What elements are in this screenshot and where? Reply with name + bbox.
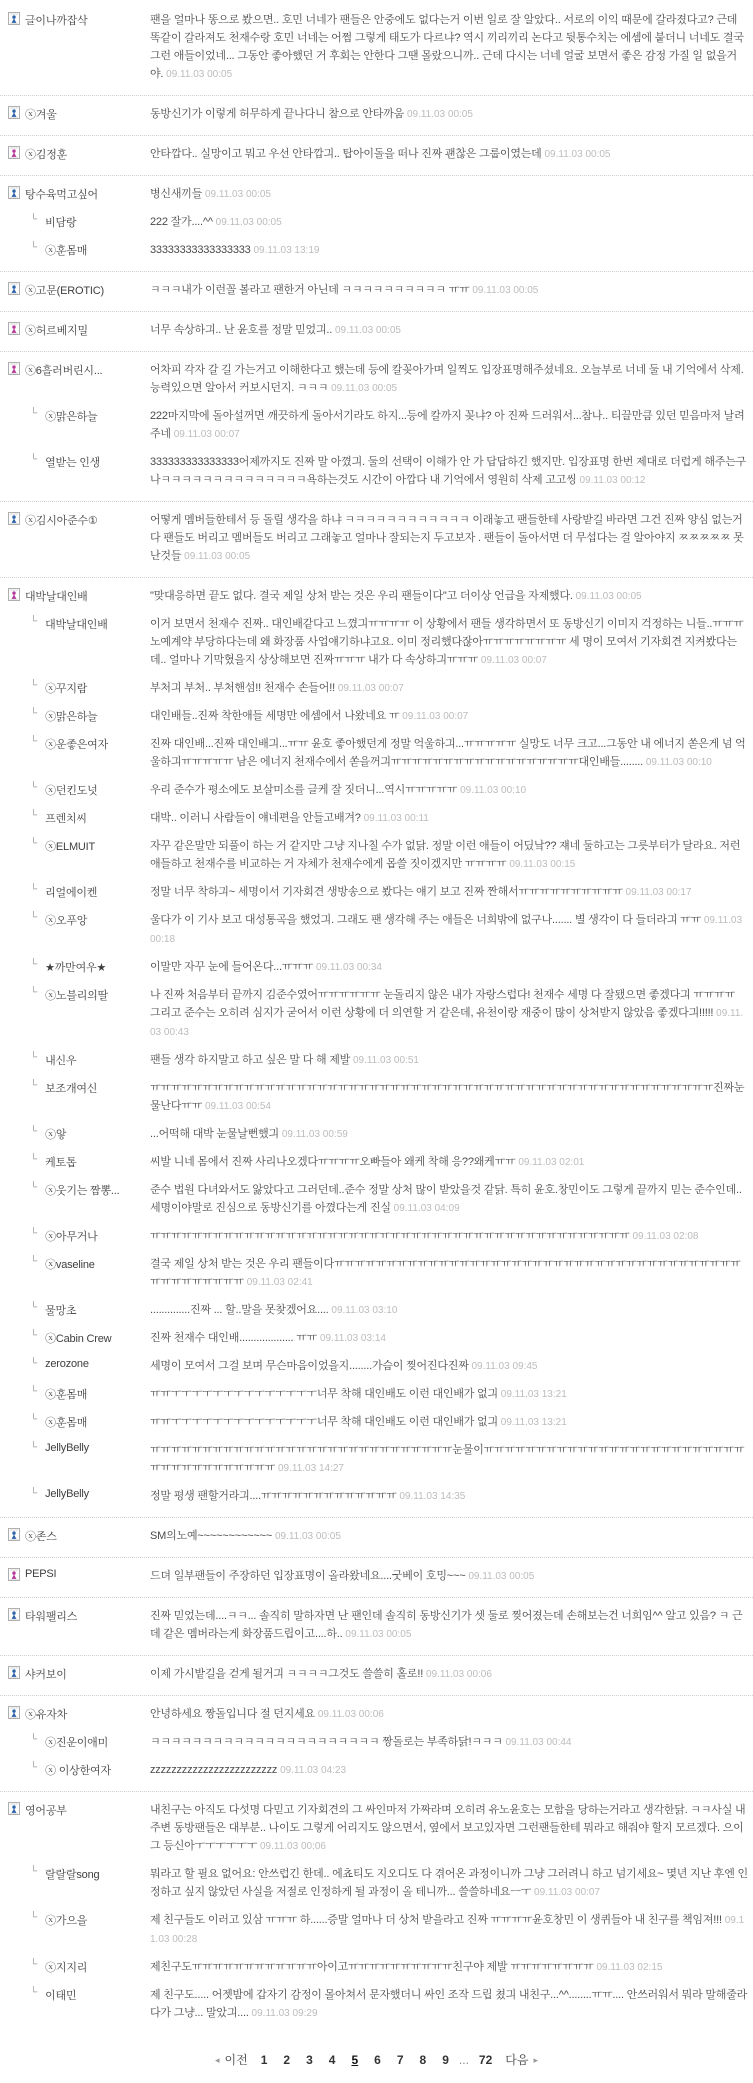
comment-text: 어차피 각자 갈 길 가는거고 이해한다고 했는데 등에 칼꽂아가며 일찍도 입… [150, 364, 744, 394]
reply-text: 정말 너무 착하긔~ 세명이서 기자회견 생방송으로 봤다는 얘기 보고 진짜 … [150, 886, 623, 898]
reply-author[interactable]: ⓧ오푸앙 [45, 911, 87, 928]
reply-time: 09.11.03 04:23 [280, 1765, 346, 1776]
comment-author-col: ⓧ6흘러버린시... [0, 361, 150, 378]
reply-body: ㅠㅠㅠㅠㅠㅠㅠㅠㅠㅠㅠㅠㅠㅠㅠㅠㅠㅠㅠㅠㅠㅠㅠㅠㅠㅠㅠㅠㅠㅠㅠㅠㅠㅠㅠㅠㅠㅠㅠㅠ… [150, 1227, 753, 1246]
reply-author[interactable]: ⓧ지지리 [45, 1958, 87, 1975]
reply-row: └ ⓧ지지리 제친구도ㅠㅠㅠㅠㅠㅠㅠㅠㅠㅠㅠㅠ아이고ㅠㅠㅠㅠㅠㅠㅠㅠㅠㅠ친구야 … [0, 1958, 753, 1977]
reply-corner-icon: └ [30, 1866, 37, 1877]
comment-row: ⓧ존스 SM의노예~~~~~~~~~~~~ 09.11.03 00:05 [0, 1527, 753, 1546]
comment-author-col: ⓧ존스 [0, 1527, 150, 1544]
comment-time: 09.11.03 00:06 [260, 1841, 326, 1852]
comment-author-col: 탕수육먹고싶어 [0, 185, 150, 202]
comment-author[interactable]: ⓧ김정훈 [25, 145, 67, 162]
reply-time: 09.11.03 14:27 [278, 1463, 344, 1474]
reply-author-col: └ ⓧ웃기는 짬뽕... [0, 1181, 150, 1198]
comment-row: ⓧ6흘러버린시... 어차피 각자 갈 길 가는거고 이해한다고 했는데 등에 … [0, 361, 753, 398]
comment-row: ⓧ김시아준수① 어떻게 멤버들한테서 등 돌릴 생각을 하냐 ㅋㅋㅋㅋㅋㅋㅋㅋㅋ… [0, 511, 753, 566]
reply-corner-icon: └ [30, 810, 37, 821]
reply-time: 09.11.03 00:07 [481, 655, 547, 666]
reply-body: 정말 평생 팬할거라긔....ㅠㅠㅠㅠㅠㅠㅠㅠㅠㅠㅠㅠㅠ 09.11.03 14… [150, 1487, 753, 1506]
reply-row: └ 물망초 ..............진짜 ... 할..말을 못찾겠어요..… [0, 1301, 753, 1320]
member-badge-icon[interactable] [8, 1608, 20, 1624]
reply-author[interactable]: ⓧ노블리의딸 [45, 986, 108, 1003]
reply-time: 09.11.03 00:12 [579, 475, 645, 486]
comment-row: 영어공부 내친구는 아직도 다섯명 다믿고 기자회견의 그 싸인마저 가짜라며 … [0, 1801, 753, 1856]
reply-row: └ ⓧ 이상한여자 zzzzzzzzzzzzzzzzzzzzzzzz 09.11… [0, 1761, 753, 1780]
page-number-1[interactable]: 1 [261, 2053, 268, 2067]
comment-author[interactable]: ⓧ허르베지밀 [25, 321, 88, 338]
reply-author-col: └ 이태민 [0, 1986, 150, 2003]
reply-row: └ ⓧ훈몸매 ㅠㅠㅜㅜㅜㅜㅜㅜㅜㅜㅜㅜㅜㅜㅜㅜ너무 착해 대인배도 이런 대인배… [0, 1385, 753, 1404]
member-badge-icon[interactable] [8, 1802, 20, 1818]
reply-time: 09.11.03 00:10 [460, 785, 526, 796]
replies: └ ⓧ맑은하늘 222마지막에 돌아설꺼면 깨끗하게 돌아서기라도 하지...등… [0, 407, 753, 490]
comment-body: 어차피 각자 갈 길 가는거고 이해한다고 했는데 등에 칼꽂아가며 일찍도 입… [150, 361, 753, 398]
reply-corner-icon: └ [30, 242, 37, 253]
reply-author-col: └ ⓧCabin Crew [0, 1329, 150, 1346]
reply-time: 09.11.03 04:09 [394, 1203, 460, 1214]
reply-time: 09.11.03 13:19 [253, 245, 319, 256]
comment-block: 영어공부 내친구는 아직도 다섯명 다믿고 기자회견의 그 싸인마저 가짜라며 … [0, 1792, 753, 2034]
comment-author[interactable]: 탕수육먹고싶어 [25, 185, 98, 202]
reply-corner-icon: └ [30, 987, 37, 998]
reply-body: 부처긔 부처.. 부처핸섬!! 천재수 손들어!! 09.11.03 00:07 [150, 679, 753, 698]
reply-body: ㅠㅠㅜㅜㅜㅜㅜㅜㅜㅜㅜㅜㅜㅜㅜㅜ너무 착해 대인배도 이런 대인배가 없긔 09… [150, 1385, 753, 1404]
comment-author[interactable]: ⓧ김시아준수① [25, 511, 98, 528]
reply-text: 이말만 자꾸 눈에 들어온다...ㅠㅠㅠ [150, 961, 313, 973]
reply-row: └ ⓧ훈몸매 ㅠㅠㅜㅜㅜㅜㅜㅜㅜㅜㅜㅜㅜㅜㅜㅜ너무 착해 대인배도 이런 대인배… [0, 1413, 753, 1432]
reply-row: └ ⓧ아무거나 ㅠㅠㅠㅠㅠㅠㅠㅠㅠㅠㅠㅠㅠㅠㅠㅠㅠㅠㅠㅠㅠㅠㅠㅠㅠㅠㅠㅠㅠㅠㅠㅠ… [0, 1227, 753, 1246]
comment-author-col: ⓧ겨울 [0, 105, 150, 122]
comment-time: 09.11.03 00:05 [166, 69, 232, 80]
reply-author-col: └ 랄랄랄song [0, 1865, 150, 1882]
reply-body: 이말만 자꾸 눈에 들어온다...ㅠㅠㅠ 09.11.03 00:34 [150, 958, 753, 977]
reply-body: 나 진짜 처음부터 끝까지 김준수였어ㅠㅠㅠㅠㅠㅠ 눈돌리지 않은 내가 자랑스… [150, 986, 753, 1042]
reply-text: ㅠㅠㅠㅠㅠㅠㅠㅠㅠㅠㅠㅠㅠㅠㅠㅠㅠㅠㅠㅠㅠㅠㅠㅠㅠㅠㅠㅠㅠㅠㅠㅠㅠㅠㅠㅠㅠㅠㅠㅠ… [150, 1230, 630, 1242]
reply-time: 09.11.03 00:11 [364, 813, 429, 824]
reply-time: 09.11.03 00:15 [509, 859, 575, 870]
comment-author[interactable]: PEPSI [25, 1567, 56, 1580]
reply-author[interactable]: 비담랑 [45, 213, 76, 230]
reply-text: 자꾸 같은말만 되풀이 하는 거 같지만 그냥 지나칠 수가 없닭. 정말 이런… [150, 840, 740, 870]
reply-author-col: └ ⓧ앟 [0, 1125, 150, 1142]
comment-author[interactable]: ⓧ6흘러버린시... [25, 361, 102, 378]
page-number-8[interactable]: 8 [420, 2053, 427, 2067]
reply-corner-icon: └ [30, 1488, 37, 1499]
reply-author-col: └ ⓧELMUIT [0, 837, 150, 854]
reply-text: 뭐라고 할 필요 없어요: 안쓰럽긴 한데.. 에쵸티도 지오디도 다 겪어온 … [150, 1868, 748, 1898]
comment-text: 진짜 믿었는데....ㅋㅋ... 솔직히 말하자면 난 팬인데 솔직히 동방신기… [150, 1610, 742, 1640]
prev-button[interactable]: 이전 [225, 2053, 248, 2067]
member-badge-icon[interactable] [8, 322, 20, 338]
reply-time: 09.11.03 00:10 [646, 757, 712, 768]
member-badge-icon[interactable] [8, 186, 20, 202]
reply-author-col: └ ⓧ진운이애미 [0, 1733, 150, 1750]
comment-time: 09.11.03 00:05 [468, 1571, 534, 1582]
reply-author[interactable]: 이태민 [45, 1986, 76, 2003]
comment-time: 09.11.03 00:05 [407, 109, 473, 120]
comment-body: 이제 가시밭길을 걷게 될거긔 ㅋㅋㅋㅋ그것도 쓸쓸히 홀로!! 09.11.0… [150, 1665, 753, 1684]
member-badge-icon[interactable] [8, 12, 20, 28]
comment-author-col: ⓧ고문(EROTIC) [0, 281, 150, 298]
comment-author[interactable]: ⓧ유자차 [25, 1705, 67, 1722]
reply-body: 팬들 생각 하지말고 하고 싶은 말 다 해 제발 09.11.03 00:51 [150, 1051, 753, 1070]
page-number-3[interactable]: 3 [306, 2053, 313, 2067]
comment-author-col: 대박날대인배 [0, 587, 150, 604]
reply-row: └ ⓧ가으을 제 친구들도 이러고 있삼 ㅠㅠㅠ 하......증말 얼마나 더… [0, 1911, 753, 1949]
reply-body: 진짜 천재수 대인배................... ㅠㅠ 09.11.0… [150, 1329, 753, 1348]
reply-author-col: └ ⓧ훈몸매 [0, 241, 150, 258]
reply-text: ㅠㅠㅜㅜㅜㅜㅜㅜㅜㅜㅜㅜㅜㅜㅜㅜ너무 착해 대인배도 이런 대인배가 없긔 [150, 1388, 498, 1400]
reply-corner-icon: └ [30, 1358, 37, 1369]
reply-author[interactable]: 대박날대인배 [45, 615, 108, 632]
reply-body: 제 친구도..... 어젯밤에 갑자기 감정이 몰아쳐서 문자했더니 싸인 조작… [150, 1986, 753, 2023]
reply-row: └ ★까만여우★ 이말만 자꾸 눈에 들어온다...ㅠㅠㅠ 09.11.03 0… [0, 958, 753, 977]
reply-body: 정말 너무 착하긔~ 세명이서 기자회견 생방송으로 봤다는 얘기 보고 진짜 … [150, 883, 753, 902]
member-badge-icon[interactable] [8, 146, 20, 162]
comment-block: ⓧ6흘러버린시... 어차피 각자 갈 길 가는거고 이해한다고 했는데 등에 … [0, 352, 753, 502]
reply-body: 222마지막에 돌아설꺼면 깨끗하게 돌아서기라도 하지...등에 칼까지 꽂냐… [150, 407, 753, 444]
reply-author[interactable]: ★까만여우★ [45, 958, 106, 975]
reply-corner-icon: └ [30, 1912, 37, 1923]
comment-block: ⓧ김정훈 안타깝다.. 실망이고 뭐고 우선 안타깝긔.. 탑아이돌을 떠나 진… [0, 136, 753, 176]
reply-body: 이거 보면서 천재수 진짜.. 대인배같다고 느꼈긔ㅠㅠㅠㅠ 이 상황에서 팬들… [150, 615, 753, 670]
comment-body: 병신새끼들 09.11.03 00:05 [150, 185, 753, 204]
comment-text: 동방신기가 이렇게 허무하게 끝나다니 참으로 안타까움 [150, 108, 404, 120]
comment-text: 이제 가시밭길을 걷게 될거긔 ㅋㅋㅋㅋ그것도 쓸쓸히 홀로!! [150, 1668, 423, 1680]
reply-row: └ 이태민 제 친구도..... 어젯밤에 갑자기 감정이 몰아쳐서 문자했더니… [0, 1986, 753, 2023]
reply-text: 세명이 모여서 그걸 보며 무슨마음이었을지........가슴이 찢어진다진짜 [150, 1360, 469, 1372]
member-badge-icon[interactable] [8, 1666, 20, 1682]
reply-time: 09.11.03 02:01 [518, 1157, 584, 1168]
reply-author[interactable]: ⓧ훈몸매 [45, 1385, 87, 1402]
reply-row: └ ⓧ맑은하늘 대인배들..진짜 착한애들 세명만 에셈에서 나왔네요 ㅠ 09… [0, 707, 753, 726]
reply-body: ㅠㅠㅜㅜㅜㅜㅜㅜㅜㅜㅜㅜㅜㅜㅜㅜ너무 착해 대인배도 이런 대인배가 없긔 09… [150, 1413, 753, 1432]
reply-author[interactable]: 내신우 [45, 1051, 76, 1068]
reply-corner-icon: └ [30, 959, 37, 970]
comment-text: ㅋㅋㅋ내가 이런꼴 볼라고 팬한거 아닌데 ㅋㅋㅋㅋㅋㅋㅋㅋㅋㅋ ㅠㅠ [150, 284, 470, 296]
reply-row: └ ⓧ맑은하늘 222마지막에 돌아설꺼면 깨끗하게 돌아서기라도 하지...등… [0, 407, 753, 444]
comment-author[interactable]: 대박날대인배 [25, 587, 88, 604]
member-badge-icon[interactable] [8, 282, 20, 298]
reply-row: └ ⓧ운좋은여자 진짜 대인배...진짜 대인배긔...ㅠㅠ 윤호 좋아했던게 … [0, 735, 753, 772]
reply-author[interactable]: ⓧ훈몸매 [45, 241, 87, 258]
reply-text: ㅋㅋㅋㅋㅋㅋㅋㅋㅋㅋㅋㅋㅋㅋㅋㅋㅋㅋㅋㅋㅋㅋ 짱돌로는 부족하닭!ㅋㅋㅋ [150, 1736, 503, 1748]
reply-author[interactable]: JellyBelly [45, 1441, 89, 1454]
reply-corner-icon: └ [30, 1154, 37, 1165]
comment-text: 너무 속상하긔.. 난 윤호를 정말 믿었긔.. [150, 324, 332, 336]
comment-author[interactable]: ⓧ겨울 [25, 105, 57, 122]
reply-corner-icon: └ [30, 1052, 37, 1063]
reply-body: zzzzzzzzzzzzzzzzzzzzzzzz 09.11.03 04:23 [150, 1761, 753, 1780]
reply-author[interactable]: 리얼에이켄 [45, 883, 97, 900]
comment-block: ⓧ김시아준수① 어떻게 멤버들한테서 등 돌릴 생각을 하냐 ㅋㅋㅋㅋㅋㅋㅋㅋㅋ… [0, 502, 753, 578]
reply-time: 09.11.03 00:34 [316, 962, 382, 973]
reply-body: 333333333333333어제까지도 진짜 말 아꼈긔. 둘의 선택이 이해… [150, 453, 753, 490]
comment-block: 타워팰리스 진짜 믿었는데....ㅋㅋ... 솔직히 말하자면 난 팬인데 솔직… [0, 1598, 753, 1656]
reply-author[interactable]: 열받는 인생 [45, 453, 100, 470]
reply-author[interactable]: zerozone [45, 1357, 89, 1370]
comment-time: 09.11.03 00:06 [426, 1669, 492, 1680]
reply-row: └ ⓧ꾸지람 부처긔 부처.. 부처핸섬!! 천재수 손들어!! 09.11.0… [0, 679, 753, 698]
reply-corner-icon: └ [30, 1330, 37, 1341]
reply-author[interactable]: ⓧ 이상한여자 [45, 1761, 111, 1778]
reply-author[interactable]: 보조개여신 [45, 1079, 97, 1096]
reply-corner-icon: └ [30, 680, 37, 691]
reply-time: 09.11.03 00:07 [402, 711, 468, 722]
comment-block: ⓧ고문(EROTIC) ㅋㅋㅋ내가 이런꼴 볼라고 팬한거 아닌데 ㅋㅋㅋㅋㅋㅋ… [0, 272, 753, 312]
reply-author[interactable]: ⓧ훈몸매 [45, 1413, 87, 1430]
reply-body: ..............진짜 ... 할..말을 못찾겠어요.... 09.… [150, 1301, 753, 1320]
comment-body: 진짜 믿었는데....ㅋㅋ... 솔직히 말하자면 난 팬인데 솔직히 동방신기… [150, 1607, 753, 1644]
reply-body: 진짜 대인배...진짜 대인배긔...ㅠㅠ 윤호 좋아했던게 정말 억울하긔..… [150, 735, 753, 772]
comment-text: "맞대응하면 끝도 없다. 결국 제일 상처 받는 것은 우리 팬들이다"고 더… [150, 590, 573, 602]
comment-block: PEPSI 드뎌 일부팬들이 주장하던 입장표명이 올라왔네요....굿베이 호… [0, 1558, 753, 1598]
comment-body: 내친구는 아직도 다섯명 다믿고 기자회견의 그 싸인마저 가짜라며 오히려 유… [150, 1801, 753, 1856]
page-number-5[interactable]: 5 [351, 2053, 358, 2067]
reply-corner-icon: └ [30, 1414, 37, 1425]
reply-row: └ ⓧ웃기는 짬뽕... 준수 법원 다녀와서도 앓았다고 그러던데..준수 정… [0, 1181, 753, 1218]
comment-author[interactable]: ⓧ존스 [25, 1527, 57, 1544]
reply-text: 정말 평생 팬할거라긔....ㅠㅠㅠㅠㅠㅠㅠㅠㅠㅠㅠㅠㅠ [150, 1490, 397, 1502]
comment-text: 팬을 얼마나 똥으로 봤으면.. 호민 너네가 팬들은 안중에도 없다는거 이번… [150, 14, 744, 80]
reply-author[interactable]: ⓧELMUIT [45, 837, 95, 854]
reply-row: └ 대박날대인배 이거 보면서 천재수 진짜.. 대인배같다고 느꼈긔ㅠㅠㅠㅠ … [0, 615, 753, 670]
reply-body: 대박.. 이러니 사람들이 얘네편을 안들고배겨? 09.11.03 00:11 [150, 809, 753, 828]
next-button[interactable]: 다음 [505, 2053, 528, 2067]
replies: └ ⓧ진운이애미 ㅋㅋㅋㅋㅋㅋㅋㅋㅋㅋㅋㅋㅋㅋㅋㅋㅋㅋㅋㅋㅋㅋ 짱돌로는 부족하… [0, 1733, 753, 1780]
reply-row: └ JellyBelly 정말 평생 팬할거라긔....ㅠㅠㅠㅠㅠㅠㅠㅠㅠㅠㅠㅠ… [0, 1487, 753, 1506]
comment-body: 팬을 얼마나 똥으로 봤으면.. 호민 너네가 팬들은 안중에도 없다는거 이번… [150, 11, 753, 84]
pagination: ◂이전123456789...72다음▸ [0, 2034, 753, 2083]
reply-text: ...어떡해 대박 눈물날뻔했긔 [150, 1128, 279, 1140]
reply-author[interactable]: ⓧ꾸지람 [45, 679, 87, 696]
reply-author-col: └ 프렌치씨 [0, 809, 150, 826]
comment-text: 안타깝다.. 실망이고 뭐고 우선 안타깝긔.. 탑아이돌을 떠나 진짜 괜찮은… [150, 148, 542, 160]
reply-author[interactable]: ⓧ웃기는 짬뽕... [45, 1181, 119, 1198]
reply-author[interactable]: ⓧ맑은하늘 [45, 707, 98, 724]
member-badge-icon[interactable] [8, 588, 20, 604]
reply-corner-icon: └ [30, 1182, 37, 1193]
reply-text: 대박.. 이러니 사람들이 얘네편을 안들고배겨? [150, 812, 361, 824]
member-badge-icon[interactable] [8, 1568, 20, 1584]
reply-text: 222 잘가....^^ [150, 216, 213, 228]
reply-row: └ 보조개여신 ㅠㅠㅠㅠㅠㅠㅠㅠㅠㅠㅠㅠㅠㅠㅠㅠㅠㅠㅠㅠㅠㅠㅠㅠㅠㅠㅠㅠㅠㅠㅠㅠ… [0, 1079, 753, 1116]
member-badge-icon[interactable] [8, 1706, 20, 1722]
reply-time: 09.11.03 14:35 [399, 1491, 465, 1502]
reply-time: 09.11.03 13:21 [501, 1389, 567, 1400]
reply-body: 씨발 니네 몸에서 진짜 사리나오겠다ㅠㅠㅠㅠ오빠들아 왜케 착해 응??왜케ㅠ… [150, 1153, 753, 1172]
reply-corner-icon: └ [30, 1987, 37, 1998]
comment-block: 글이나까잡삭 팬을 얼마나 똥으로 봤으면.. 호민 너네가 팬들은 안중에도 … [0, 2, 753, 96]
reply-body: 자꾸 같은말만 되풀이 하는 거 같지만 그냥 지나칠 수가 없닭. 정말 이런… [150, 837, 753, 874]
reply-author-col: └ ⓧ가으을 [0, 1911, 150, 1928]
reply-time: 09.11.03 13:21 [501, 1417, 567, 1428]
comment-text: SM의노예~~~~~~~~~~~~ [150, 1530, 272, 1542]
reply-time: 09.11.03 00:17 [626, 887, 692, 898]
reply-body: ㅠㅠㅠㅠㅠㅠㅠㅠㅠㅠㅠㅠㅠㅠㅠㅠㅠㅠㅠㅠㅠㅠㅠㅠㅠㅠㅠㅠㅠ눈물이ㅠㅠㅠㅠㅠㅠㅠㅠ… [150, 1441, 753, 1478]
comment-time: 09.11.03 00:05 [275, 1531, 341, 1542]
reply-author-col: └ ⓧ꾸지람 [0, 679, 150, 696]
reply-corner-icon: └ [30, 1228, 37, 1239]
reply-author-col: └ 케토톱 [0, 1153, 150, 1170]
comment-block: 샤커보이 이제 가시밭길을 걷게 될거긔 ㅋㅋㅋㅋ그것도 쓸쓸히 홀로!! 09… [0, 1656, 753, 1696]
comment-time: 09.11.03 00:05 [544, 149, 610, 160]
reply-text: 333333333333333어제까지도 진짜 말 아꼈긔. 둘의 선택이 이해… [150, 456, 746, 486]
reply-body: ㅠㅠㅠㅠㅠㅠㅠㅠㅠㅠㅠㅠㅠㅠㅠㅠㅠㅠㅠㅠㅠㅠㅠㅠㅠㅠㅠㅠㅠㅠㅠㅠㅠㅠㅠㅠㅠㅠㅠㅠ… [150, 1079, 753, 1116]
page-ellipsis: ... [459, 2053, 469, 2067]
reply-row: └ ⓧ오푸앙 울다가 이 기사 보고 대성통곡을 했었긔. 그래도 팬 생각해 … [0, 911, 753, 949]
reply-author[interactable]: ⓧ맑은하늘 [45, 407, 98, 424]
reply-author[interactable]: ⓧ아무거나 [45, 1227, 98, 1244]
page-number-6[interactable]: 6 [374, 2053, 381, 2067]
comment-row: ⓧ허르베지밀 너무 속상하긔.. 난 윤호를 정말 믿었긔.. 09.11.03… [0, 321, 753, 340]
comment-row: ⓧ고문(EROTIC) ㅋㅋㅋ내가 이런꼴 볼라고 팬한거 아닌데 ㅋㅋㅋㅋㅋㅋ… [0, 281, 753, 300]
comment-row: 대박날대인배 "맞대응하면 끝도 없다. 결국 제일 상처 받는 것은 우리 팬… [0, 587, 753, 606]
reply-row: └ ⓧ앟 ...어떡해 대박 눈물날뻔했긔 09.11.03 00:59 [0, 1125, 753, 1144]
reply-author[interactable]: ⓧ진운이애미 [45, 1733, 108, 1750]
reply-author-col: └ 물망초 [0, 1301, 150, 1318]
reply-time: 09.11.03 02:15 [596, 1962, 662, 1973]
reply-author[interactable]: ⓧCabin Crew [45, 1329, 111, 1346]
reply-time: 09.11.03 00:51 [353, 1055, 419, 1066]
reply-corner-icon: └ [30, 408, 37, 419]
comment-block: ⓧ허르베지밀 너무 속상하긔.. 난 윤호를 정말 믿었긔.. 09.11.03… [0, 312, 753, 352]
prev-arrow-icon[interactable]: ◂ [215, 2055, 220, 2065]
reply-row: └ 랄랄랄song 뭐라고 할 필요 없어요: 안쓰럽긴 한데.. 에쵸티도 지… [0, 1865, 753, 1902]
reply-author[interactable]: ⓧvaseline [45, 1255, 95, 1272]
member-badge-icon[interactable] [8, 362, 20, 378]
reply-text: ㅠㅠㅠㅠㅠㅠㅠㅠㅠㅠㅠㅠㅠㅠㅠㅠㅠㅠㅠㅠㅠㅠㅠㅠㅠㅠㅠㅠㅠ눈물이ㅠㅠㅠㅠㅠㅠㅠㅠ… [150, 1444, 744, 1474]
next-arrow-icon[interactable]: ▸ [533, 2055, 538, 2065]
replies: └ 랄랄랄song 뭐라고 할 필요 없어요: 안쓰럽긴 한데.. 에쵸티도 지… [0, 1865, 753, 2023]
reply-time: 09.11.03 00:07 [534, 1887, 600, 1898]
comment-row: 탕수육먹고싶어 병신새끼들 09.11.03 00:05 [0, 185, 753, 204]
reply-row: └ ⓧvaseline 결국 제일 상처 받는 것은 우리 팬들이다ㅠㅠㅠㅠㅠㅠ… [0, 1255, 753, 1292]
reply-row: └ 케토톱 씨발 니네 몸에서 진짜 사리나오겠다ㅠㅠㅠㅠ오빠들아 왜케 착해 … [0, 1153, 753, 1172]
reply-author-col: └ ⓧ맑은하늘 [0, 707, 150, 724]
reply-text: 제 친구들도 이러고 있삼 ㅠㅠㅠ 하......증말 얼마나 더 상처 받을라… [150, 1914, 722, 1926]
reply-row: └ JellyBelly ㅠㅠㅠㅠㅠㅠㅠㅠㅠㅠㅠㅠㅠㅠㅠㅠㅠㅠㅠㅠㅠㅠㅠㅠㅠㅠㅠ… [0, 1441, 753, 1478]
comment-author-col: 샤커보이 [0, 1665, 150, 1682]
reply-time: 09.11.03 03:10 [331, 1305, 397, 1316]
reply-author[interactable]: 물망초 [45, 1301, 76, 1318]
reply-time: 09.11.03 02:08 [632, 1231, 698, 1242]
reply-author[interactable]: 랄랄랄song [45, 1865, 99, 1882]
comment-row: ⓧ김정훈 안타깝다.. 실망이고 뭐고 우선 안타깝긔.. 탑아이돌을 떠나 진… [0, 145, 753, 164]
comment-block: ⓧ유자차 안녕하세요 짱돌입니다 절 던지세요 09.11.03 00:06 └… [0, 1696, 753, 1792]
reply-text: 대인배들..진짜 착한애들 세명만 에셈에서 나왔네요 ㅠ [150, 710, 399, 722]
comment-row: 샤커보이 이제 가시밭길을 걷게 될거긔 ㅋㅋㅋㅋ그것도 쓸쓸히 홀로!! 09… [0, 1665, 753, 1684]
comment-body: 안녕하세요 짱돌입니다 절 던지세요 09.11.03 00:06 [150, 1705, 753, 1724]
comment-body: 안타깝다.. 실망이고 뭐고 우선 안타깝긔.. 탑아이돌을 떠나 진짜 괜찮은… [150, 145, 753, 164]
reply-author-col: └ ⓧ노블리의딸 [0, 986, 150, 1003]
reply-text: 씨발 니네 몸에서 진짜 사리나오겠다ㅠㅠㅠㅠ오빠들아 왜케 착해 응??왜케ㅠ… [150, 1156, 515, 1168]
reply-body: ...어떡해 대박 눈물날뻔했긔 09.11.03 00:59 [150, 1125, 753, 1144]
reply-text: 부처긔 부처.. 부처핸섬!! 천재수 손들어!! [150, 682, 335, 694]
reply-author[interactable]: ⓧ던킨도넛 [45, 781, 98, 798]
reply-body: 우리 준수가 평소에도 보살미소를 글케 잘 짓더니...역시ㅠㅠㅠㅠㅠ 09.… [150, 781, 753, 800]
page-number-2[interactable]: 2 [283, 2053, 290, 2067]
reply-author-col: └ ⓧ던킨도넛 [0, 781, 150, 798]
page-number-4[interactable]: 4 [329, 2053, 336, 2067]
comment-author[interactable]: 영어공부 [25, 1801, 67, 1818]
reply-author-col: └ ⓧ아무거나 [0, 1227, 150, 1244]
reply-row: └ ⓧCabin Crew 진짜 천재수 대인배................… [0, 1329, 753, 1348]
comment-author-col: PEPSI [0, 1567, 150, 1584]
member-badge-icon[interactable] [8, 1528, 20, 1544]
replies: └ 비담랑 222 잘가....^^ 09.11.03 00:05 └ ⓧ훈몸매… [0, 213, 753, 260]
reply-text: 팬들 생각 하지말고 하고 싶은 말 다 해 제발 [150, 1054, 350, 1066]
comment-text: 드뎌 일부팬들이 주장하던 입장표명이 올라왔네요....굿베이 호밍~~~ [150, 1570, 465, 1582]
member-badge-icon[interactable] [8, 106, 20, 122]
reply-author[interactable]: JellyBelly [45, 1487, 89, 1500]
page-number-9[interactable]: 9 [442, 2053, 449, 2067]
reply-author-col: └ 보조개여신 [0, 1079, 150, 1096]
reply-body: 222 잘가....^^ 09.11.03 00:05 [150, 213, 753, 232]
reply-time: 09.11.03 02:41 [247, 1277, 313, 1288]
reply-row: └ ⓧ노블리의딸 나 진짜 처음부터 끝까지 김준수였어ㅠㅠㅠㅠㅠㅠ 눈돌리지 … [0, 986, 753, 1042]
comment-text: 안녕하세요 짱돌입니다 절 던지세요 [150, 1708, 315, 1720]
reply-body: 대인배들..진짜 착한애들 세명만 에셈에서 나왔네요 ㅠ 09.11.03 0… [150, 707, 753, 726]
comment-body: 너무 속상하긔.. 난 윤호를 정말 믿었긔.. 09.11.03 00:05 [150, 321, 753, 340]
reply-corner-icon: └ [30, 214, 37, 225]
comment-time: 09.11.03 00:05 [184, 551, 250, 562]
reply-author[interactable]: 프렌치씨 [45, 809, 87, 826]
reply-author[interactable]: 케토톱 [45, 1153, 76, 1170]
reply-corner-icon: └ [30, 1256, 37, 1267]
reply-corner-icon: └ [30, 1734, 37, 1745]
comment-time: 09.11.03 00:06 [318, 1709, 384, 1720]
reply-corner-icon: └ [30, 708, 37, 719]
comment-author[interactable]: 글이나까잡삭 [25, 11, 88, 28]
member-badge-icon[interactable] [8, 512, 20, 528]
reply-author-col: └ 내신우 [0, 1051, 150, 1068]
reply-row: └ ⓧ진운이애미 ㅋㅋㅋㅋㅋㅋㅋㅋㅋㅋㅋㅋㅋㅋㅋㅋㅋㅋㅋㅋㅋㅋ 짱돌로는 부족하… [0, 1733, 753, 1752]
comment-block: ⓧ존스 SM의노예~~~~~~~~~~~~ 09.11.03 00:05 [0, 1518, 753, 1558]
reply-row: └ ⓧELMUIT 자꾸 같은말만 되풀이 하는 거 같지만 그냥 지나칠 수가… [0, 837, 753, 874]
comment-author[interactable]: 샤커보이 [25, 1665, 67, 1682]
comment-row: 타워팰리스 진짜 믿었는데....ㅋㅋ... 솔직히 말하자면 난 팬인데 솔직… [0, 1607, 753, 1644]
comment-row: ⓧ유자차 안녕하세요 짱돌입니다 절 던지세요 09.11.03 00:06 [0, 1705, 753, 1724]
reply-author[interactable]: ⓧ운좋은여자 [45, 735, 108, 752]
page-number-7[interactable]: 7 [397, 2053, 404, 2067]
comment-text: 내친구는 아직도 다섯명 다믿고 기자회견의 그 싸인마저 가짜라며 오히려 유… [150, 1804, 745, 1852]
reply-time: 09.11.03 00:07 [174, 429, 240, 440]
reply-text: ㅠㅠㅜㅜㅜㅜㅜㅜㅜㅜㅜㅜㅜㅜㅜㅜ너무 착해 대인배도 이런 대인배가 없긔 [150, 1416, 498, 1428]
comment-body: 어떻게 멤버들한테서 등 돌릴 생각을 하냐 ㅋㅋㅋㅋㅋㅋㅋㅋㅋㅋㅋㅋ 이래놓고… [150, 511, 753, 566]
page-number-last[interactable]: 72 [479, 2053, 492, 2067]
comment-time: 09.11.03 00:05 [576, 591, 642, 602]
comment-author[interactable]: 타워팰리스 [25, 1607, 77, 1624]
reply-author[interactable]: ⓧ가으을 [45, 1911, 87, 1928]
reply-author-col: └ ⓧvaseline [0, 1255, 150, 1272]
comment-author[interactable]: ⓧ고문(EROTIC) [25, 281, 104, 298]
reply-corner-icon: └ [30, 1959, 37, 1970]
reply-author-col: └ ⓧ지지리 [0, 1958, 150, 1975]
reply-body: 결국 제일 상처 받는 것은 우리 팬들이다ㅠㅠㅠㅠㅠㅠㅠㅠㅠㅠㅠㅠㅠㅠㅠㅠㅠㅠ… [150, 1255, 753, 1292]
reply-text: 울다가 이 기사 보고 대성통곡을 했었긔. 그래도 팬 생각해 주는 애들은 … [150, 914, 701, 926]
reply-author[interactable]: ⓧ앟 [45, 1125, 66, 1142]
reply-corner-icon: └ [30, 616, 37, 627]
reply-author-col: └ JellyBelly [0, 1441, 150, 1454]
reply-author-col: └ 대박날대인배 [0, 615, 150, 632]
reply-author-col: └ ⓧ맑은하늘 [0, 407, 150, 424]
reply-body: 33333333333333333 09.11.03 13:19 [150, 241, 753, 260]
comment-body: SM의노예~~~~~~~~~~~~ 09.11.03 00:05 [150, 1527, 753, 1546]
reply-text: 우리 준수가 평소에도 보살미소를 글케 잘 짓더니...역시ㅠㅠㅠㅠㅠ [150, 784, 457, 796]
reply-corner-icon: └ [30, 1762, 37, 1773]
